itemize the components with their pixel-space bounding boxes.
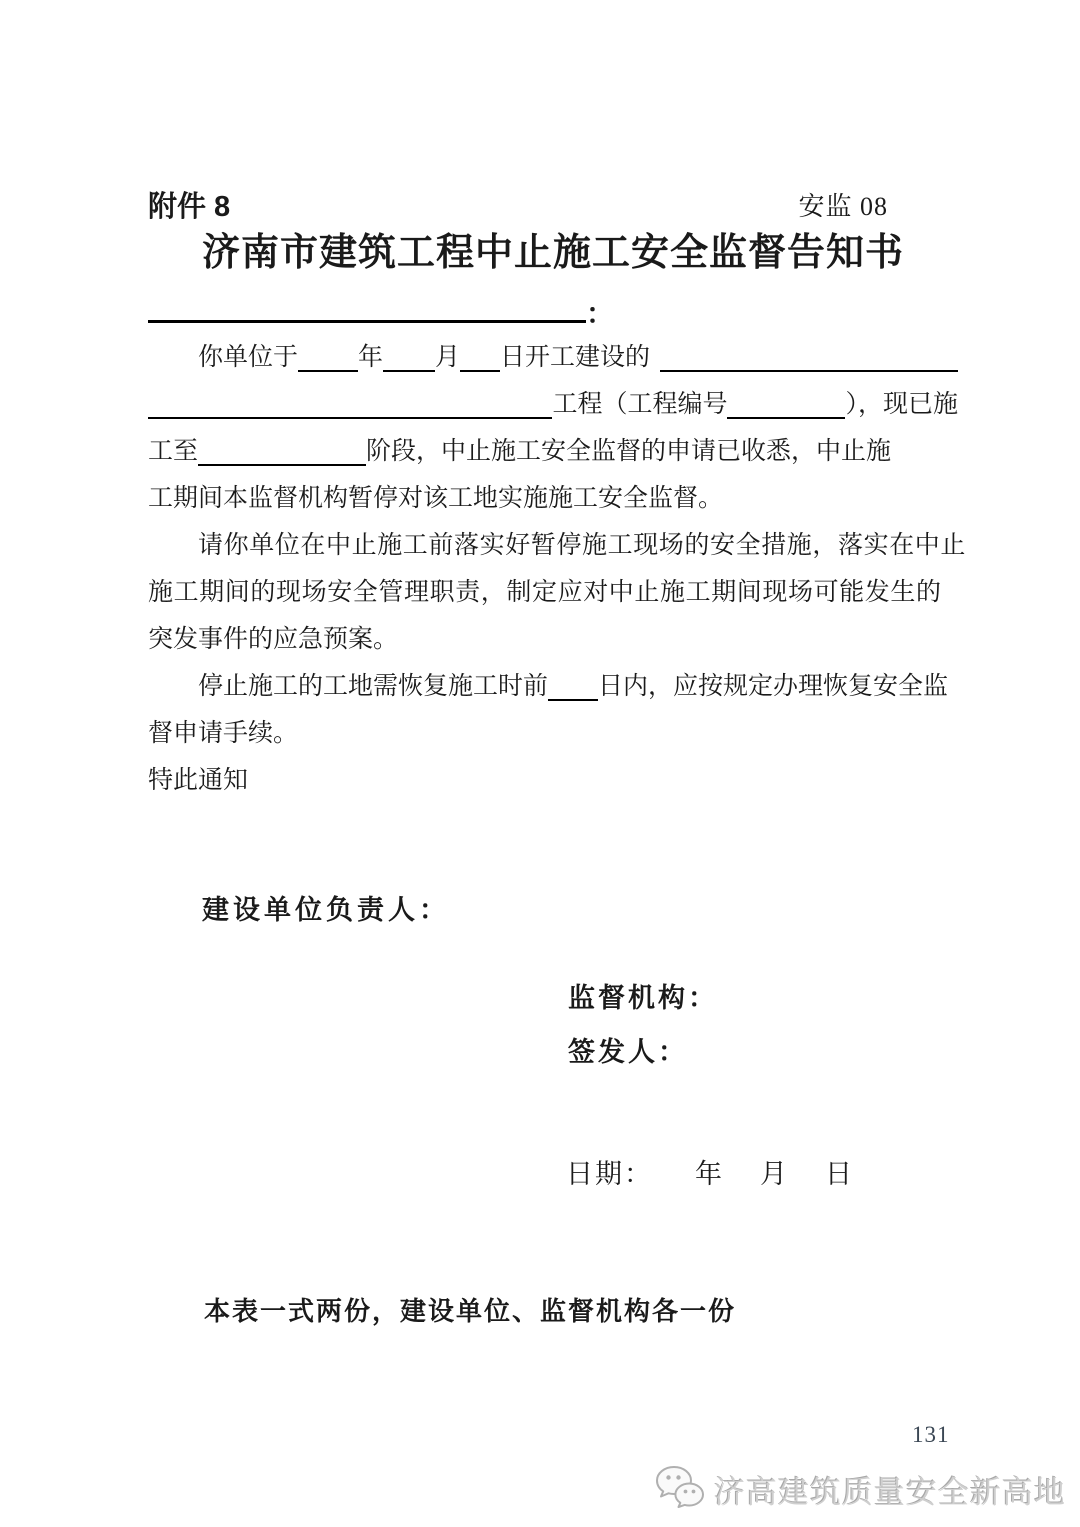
wechat-icon (654, 1463, 706, 1515)
addressee-line: ： (148, 292, 958, 326)
document-content: 附件 8 安监 08 济南市建筑工程中止施工安全监督告知书 ： 你单位于 年 月… (148, 184, 958, 1332)
stage-blank-field (198, 464, 366, 466)
start-year-blank-field (298, 370, 358, 372)
page-number: 131 (912, 1422, 950, 1448)
date-line: 日期：年月日 (566, 1154, 958, 1194)
paragraph1-line4: 工期间本监督机构暂停对该工地实施施工安全监督。 (148, 475, 958, 522)
date-label: 日期： (566, 1159, 653, 1189)
paragraph1-line1: 你单位于 年 月 日开工建设的 (148, 334, 958, 381)
p1-text-year: 年 (358, 334, 383, 381)
p3-text-pre: 停止施工的工地需恢复施工时前 (198, 663, 548, 710)
body-text: 你单位于 年 月 日开工建设的 工程（工程编号 ），现已施 工至 阶段，中止施工… (148, 334, 958, 804)
p1-text-unit: 你单位于 (198, 334, 298, 381)
paragraph1-line3: 工至 阶段，中止施工安全监督的申请已收悉，中止施 (148, 428, 958, 475)
copies-note: 本表一式两份，建设单位、监督机构各一份 (204, 1292, 958, 1332)
start-day-blank-field (460, 370, 500, 372)
agency-signature-label: 监督机构： (568, 978, 958, 1018)
paragraph1-line2: 工程（工程编号 ），现已施 (148, 381, 958, 428)
project-number-blank-field (727, 417, 845, 419)
paragraph2-line3: 突发事件的应急预案。 (148, 616, 958, 663)
issuer-signature-label: 签发人： (568, 1032, 958, 1072)
paragraph3-line2: 督申请手续。 (148, 710, 958, 757)
document-header: 附件 8 安监 08 (148, 184, 958, 222)
watermark: 济高建筑质量安全新高地 (654, 1463, 1066, 1515)
p1-text-stage-post: 阶段，中止施工安全监督的申请已收悉，中止施 (366, 428, 891, 475)
doc-code: 安监 08 (798, 186, 888, 223)
watermark-text: 济高建筑质量安全新高地 (714, 1467, 1066, 1512)
attachment-label: 附件 8 (148, 184, 230, 225)
addressee-blank-field (148, 294, 586, 323)
resume-days-blank-field (548, 699, 598, 701)
date-month-label: 月 (760, 1159, 789, 1189)
p1-text-month: 月 (435, 334, 460, 381)
p1-text-project: 工程（工程编号 (552, 381, 727, 428)
date-day-label: 日 (825, 1159, 854, 1189)
addressee-colon: ： (586, 299, 614, 330)
paragraph2-line1: 请你单位在中止施工前落实好暂停施工现场的安全措施，落实在中止 (148, 522, 958, 569)
paragraph2-line2: 施工期间的现场安全管理职责，制定应对中止施工期间现场可能发生的 (148, 569, 958, 616)
start-month-blank-field (383, 370, 435, 372)
project-name-blank-field-1 (660, 370, 958, 372)
document-title: 济南市建筑工程中止施工安全监督告知书 (148, 228, 958, 278)
p1-text-day: 日开工建设的 (500, 334, 650, 381)
project-name-blank-field-2 (148, 417, 552, 419)
p1-text-project-end: ），现已施 (845, 381, 958, 428)
notice-line: 特此通知 (148, 757, 958, 804)
paragraph3-line1: 停止施工的工地需恢复施工时前 日内，应按规定办理恢复安全监 (148, 663, 958, 710)
document-page: 附件 8 安监 08 济南市建筑工程中止施工安全监督告知书 ： 你单位于 年 月… (0, 0, 1080, 1527)
date-year-label: 年 (695, 1159, 724, 1189)
p3-text-post: 日内，应按规定办理恢复安全监 (598, 663, 948, 710)
p1-text-stage-pre: 工至 (148, 428, 198, 475)
builder-signature-label: 建设单位负责人： (202, 890, 958, 930)
